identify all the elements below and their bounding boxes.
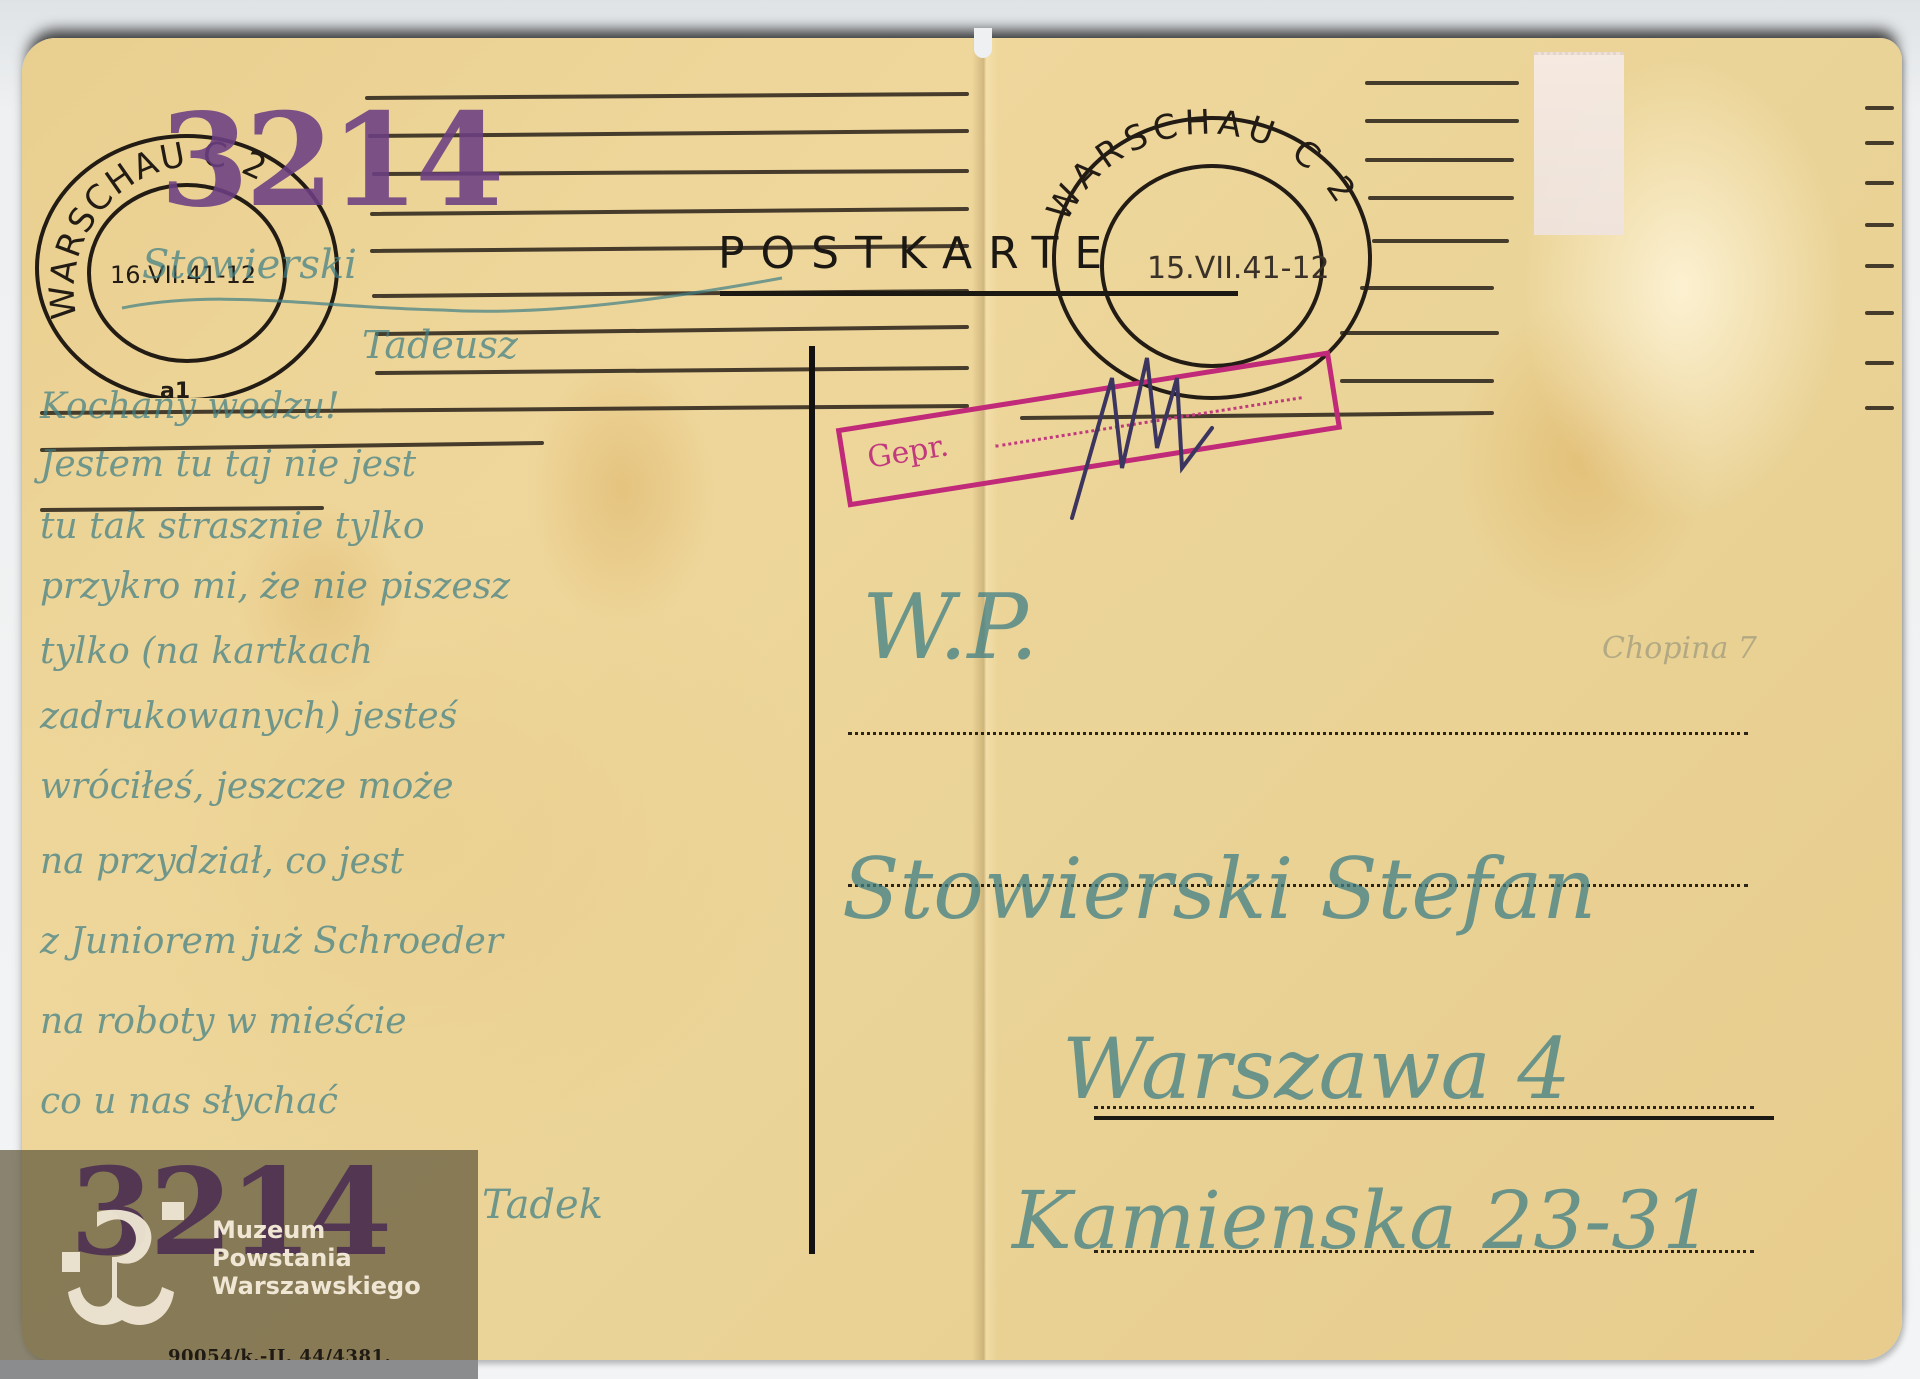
message-line: tu tak strasznie tylko — [40, 506, 425, 547]
postcard-title: POSTKARTE — [718, 228, 1118, 279]
address-line-1 — [848, 732, 1748, 735]
censor-stamp: Gepr. — [836, 350, 1342, 507]
scan-edge — [0, 1360, 478, 1379]
message-line: zadrukowanych) jesteś — [39, 696, 459, 737]
recipient-street: Kamienska 23-31 — [1010, 1174, 1713, 1267]
museum-watermark: 3214 Muzeum Powstania Warszawskiego 9005… — [0, 1150, 478, 1379]
message-line: przykro mi, że nie piszesz — [40, 566, 511, 607]
fold-notch — [974, 28, 992, 58]
address-line-3 — [1094, 1106, 1754, 1109]
recipient-prefix: W.P. — [862, 575, 1038, 680]
message-line: Kochany wodzu! — [39, 386, 340, 427]
address-line-2 — [848, 884, 1748, 887]
museum-name-line: Powstania — [212, 1244, 421, 1272]
censor-stamp-label: Gepr. — [865, 428, 951, 475]
message-line: tylko (na kartkach — [40, 631, 373, 672]
registration-number-stamp: 3214 — [160, 86, 500, 236]
censor-stamp-dotted-line — [995, 396, 1302, 447]
recipient-faint-note: Chopina 7 — [1602, 631, 1758, 666]
message-address-divider — [809, 346, 815, 1254]
postmark-right-date: 15.VII.41-12 — [1147, 251, 1330, 286]
message-line: na roboty w mieście — [40, 1001, 407, 1042]
museum-name-line: Warszawskiego — [212, 1272, 421, 1300]
postmark-right-ring-text: WARSCHAU C 2 — [1039, 102, 1366, 227]
message-signature: Tadek — [482, 1182, 603, 1228]
kotwica-logo-icon — [62, 1202, 202, 1332]
svg-text:WARSCHAU C 2: WARSCHAU C 2 — [1039, 102, 1366, 227]
message-line: z Juniorem już Schroeder — [39, 921, 505, 962]
recipient-city: Warszawa 4 — [1062, 1020, 1571, 1118]
removed-stamp-patch — [1534, 52, 1624, 235]
message-line: wróciłeś, jeszcze może — [40, 766, 454, 807]
title-underline — [720, 291, 1238, 296]
address-city-underline — [1094, 1116, 1774, 1120]
message-line: na przydział, co jest — [40, 841, 404, 882]
sender-surname: Stowierski — [142, 242, 357, 288]
message-line: Jestem tu taj nie jest — [33, 444, 417, 485]
sender-firstname: Tadeusz — [362, 323, 519, 367]
postmark-left-code: a1 — [160, 379, 190, 398]
museum-name: Muzeum Powstania Warszawskiego — [212, 1216, 421, 1300]
recipient-name: Stowierski Stefan — [842, 840, 1596, 938]
postmark-left-date: 16.VII.41-12 — [110, 261, 256, 289]
message-line: co u nas słychać — [40, 1081, 339, 1122]
museum-name-line: Muzeum — [212, 1216, 421, 1244]
address-line-4 — [1094, 1250, 1754, 1253]
